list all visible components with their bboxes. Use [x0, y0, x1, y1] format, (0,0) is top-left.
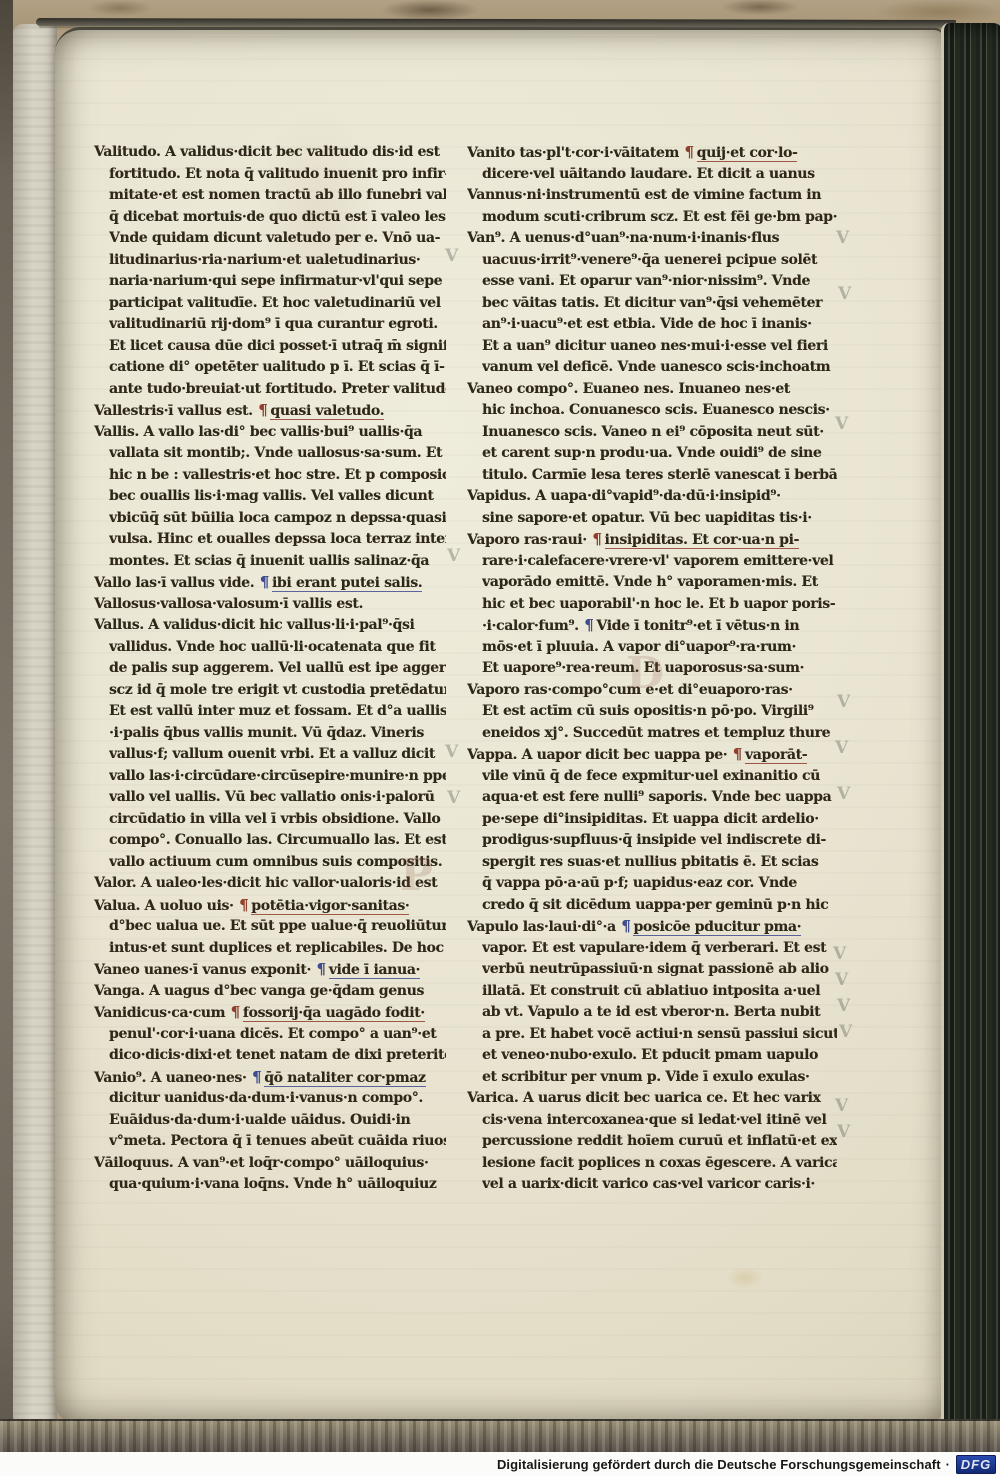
pilcrow-mark: ¶ [621, 917, 630, 935]
text-line: prodigus·supfluus·q̄ insipide vel indisc… [482, 830, 837, 852]
text-segment: prodigus·supfluus·q̄ insipide vel indisc… [482, 832, 826, 848]
text-line: bec vāitas tatis. Et dicitur van⁹·q̄si v… [482, 293, 837, 315]
text-line: mōs·et ī pluuia. A vapor di°uapor⁹·ra·ru… [482, 637, 837, 659]
text-segment: eneidos xj°. Succedūt matres et templuz … [482, 725, 830, 741]
text-segment: ·i·palis q̄bus vallis munit. Vū q̄daz. V… [109, 725, 424, 741]
text-line: Vanito tas·pl't·cor·i·vāitatem ¶quij·et … [467, 142, 837, 164]
text-line: Vappa. A uapor dicit bec uappa pe· ¶vapo… [467, 744, 837, 766]
text-segment: titulo. Carmīe lesa teres sterlē vanesca… [482, 467, 837, 483]
text-segment: Valua. A uoluo uis· [94, 898, 238, 914]
text-line: ab vt. Vapulo a te id est vberor·n. Bert… [482, 1002, 837, 1024]
text-segment: participat valitudīe. Et hoc valetudinar… [109, 295, 441, 311]
text-line: esse vani. Et oparur van⁹·nior·nissim⁹. … [482, 271, 837, 293]
text-line: vallo las·i·circūdare·circūsepire·munire… [109, 766, 446, 788]
text-segment: bec ouallis lis·i·mag vallis. Vel valles… [109, 488, 434, 504]
text-segment: vile vinū q̄ de fece expmitur·uel exinan… [482, 768, 820, 784]
text-segment: esse vani. Et oparur van⁹·nior·nissim⁹. … [482, 273, 810, 289]
text-line: hic inchoa. Conuanesco scis. Euanesco ne… [482, 400, 837, 422]
text-segment: vulsa. Hinc et oualles depssa loca terra… [109, 531, 446, 547]
text-segment: mitate·et est nomen tractū ab illo funeb… [109, 187, 446, 203]
text-segment: circūdatio in villa vel ī vrbis obsidion… [109, 811, 440, 827]
pilcrow-mark: ¶ [260, 573, 269, 591]
dfg-logo: DFG [956, 1455, 996, 1474]
text-segment: catione di° opetēter ualitudo p ī. Et sc… [109, 359, 445, 375]
text-line: ante tudo·breuiat·ut fortitudo. Preter v… [109, 379, 446, 401]
text-segment: hic et bec uaporabil'·n hoc le. Et b uap… [482, 596, 835, 612]
text-segment: vel a uarix·dicit varico cas·vel varicor… [482, 1176, 815, 1192]
text-segment: vapor. Et est vapulare·idem q̄ verberari… [482, 940, 826, 956]
text-line: vallidus. Vnde hoc uallū·li·ocatenata qu… [109, 637, 446, 659]
text-line: de palis sup aggerem. Vel uallū est ipe … [109, 658, 446, 680]
text-segment: de palis sup aggerem. Vel uallū est ipe … [109, 660, 446, 676]
text-line: Vallosus·vallosa·valosum·ī vallis est. [94, 594, 446, 616]
text-line: vel a uarix·dicit varico cas·vel varicor… [482, 1174, 837, 1196]
text-segment: spergit res suas·et nullius pbitatis ē. … [482, 854, 818, 870]
pilcrow-mark: ¶ [592, 530, 601, 548]
text-line: catione di° opetēter ualitudo p ī. Et sc… [109, 357, 446, 379]
text-line: Valitudo. A validus·dicit bec valitudo d… [94, 142, 446, 164]
text-line: litudinarius·ria·narium·et ualetudinariu… [109, 250, 446, 272]
text-line: vulsa. Hinc et oualles depssa loca terra… [109, 529, 446, 551]
text-segment: mōs·et ī pluuia. A vapor di°uapor⁹·ra·ru… [482, 639, 796, 655]
text-line: penul'·cor·i·uana dicēs. Et compo° a uan… [109, 1024, 446, 1046]
text-line: q̄ vappa pō·a·aū p·f; uapidus·eaz cor. V… [482, 873, 837, 895]
text-line: Vnde quidam dicunt valetudo per e. Vnō u… [109, 228, 446, 250]
text-segment: rare·i·calefacere·vrere·vl' vaporem emit… [482, 553, 833, 569]
text-column-left: Valitudo. A validus·dicit bec valitudo d… [94, 142, 446, 1196]
text-segment: Vaneo uanes·ī vanus exponit· [94, 962, 316, 978]
text-line: Vallus. A validus·dicit hic vallus·li·i·… [94, 615, 446, 637]
text-line: Valua. A uoluo uis· ¶potētia·vigor·sanit… [94, 895, 446, 917]
text-line: vile vinū q̄ de fece expmitur·uel exinan… [482, 766, 837, 788]
text-segment: Vnde quidam dicunt valetudo per e. Vnō u… [109, 230, 440, 246]
text-segment: credo q̄ sit dicēdum uappa·per geminū p·… [482, 897, 828, 913]
text-line: Et est actīm cū suis opositis·n pō·po. V… [482, 701, 837, 723]
text-line: montes. Et scias q̄ inuenit uallis salin… [109, 551, 446, 573]
pilcrow-mark: ¶ [584, 616, 593, 634]
text-line: dicitur uanidus·da·dum·i·vanus·n compo°. [109, 1088, 446, 1110]
text-line: rare·i·calefacere·vrere·vl' vaporem emit… [482, 551, 837, 573]
pilcrow-mark: ¶ [231, 1003, 240, 1021]
text-segment: hic n be : vallestris·et hoc stre. Et p … [109, 467, 446, 483]
text-line: Varica. A uarus dicit bec uarica ce. Et … [467, 1088, 837, 1110]
text-line: vaporādo emittē. Vnde h° vaporamen·mis. … [482, 572, 837, 594]
text-line: Vanga. A uagus d°bec vanga ge·q̄dam genu… [94, 981, 446, 1003]
text-line: dicere·vel uāitando laudare. Et dicit a … [482, 164, 837, 186]
text-line: Vapulo las·laui·di°·a ¶posicōe pducitur … [467, 916, 837, 938]
text-segment: Vaporo ras·compo°cum e·et di°euaporo·ras… [467, 682, 793, 698]
text-segment: intus·et sunt duplices et replicabiles. … [109, 940, 444, 956]
text-column-right: Vanito tas·pl't·cor·i·vāitatem ¶quij·et … [467, 142, 837, 1196]
text-segment: illatā. Et construit cū ablatiuo intposi… [482, 983, 820, 999]
text-segment: dicere·vel uāitando laudare. Et dicit a … [482, 166, 815, 182]
text-line: a pre. Et habet vocē actiui·n sensū pass… [482, 1024, 837, 1046]
text-line: circūdatio in villa vel ī vrbis obsidion… [109, 809, 446, 831]
text-segment: Et a uan⁹ dicitur uaneo nes·mui·i·esse v… [482, 338, 828, 354]
text-line: eneidos xj°. Succedūt matres et templuz … [482, 723, 837, 745]
text-line: vapor. Et est vapulare·idem q̄ verberari… [482, 938, 837, 960]
text-segment: Vaporo ras·raui· [467, 532, 591, 548]
text-segment: Vallis. A vallo las·di° bec vallis·bui⁹ … [94, 424, 422, 440]
text-segment: montes. Et scias q̄ inuenit uallis salin… [109, 553, 429, 569]
text-line: percussione reddit hoīem curuū et inflat… [482, 1131, 837, 1153]
text-line: uacuus·irrit⁹·venere⁹·q̄a uenerei pcipue… [482, 250, 837, 272]
text-line: et carent sup·n produ·ua. Vnde ouidi⁹ de… [482, 443, 837, 465]
text-segment: q̄ vappa pō·a·aū p·f; uapidus·eaz cor. V… [482, 875, 797, 891]
text-segment: vallus·f; vallum ouenit vrbi. Et a vallu… [109, 746, 435, 762]
text-line: Vaneo compo°. Euaneo nes. Inuaneo nes·et [467, 379, 837, 401]
text-segment: qua·quium·i·vana loq̄ns. Vnde h° uāiloqu… [109, 1176, 436, 1192]
text-line: Et est vallū inter muz et fossam. Et d°a… [109, 701, 446, 723]
text-segment: Vapulo las·laui·di°·a [467, 919, 620, 935]
text-segment: Et est actīm cū suis opositis·n pō·po. V… [482, 703, 814, 719]
text-segment: Vallus. A validus·dicit hic vallus·li·i·… [94, 617, 414, 633]
text-segment: litudinarius·ria·narium·et ualetudinariu… [109, 252, 420, 268]
text-line: q̄ dicebat mortuis·de quo dictū est ī va… [109, 207, 446, 229]
text-segment: ibi erant putei salis. [272, 575, 422, 592]
text-line: aqua·et est fere nulli⁹ saporis. Vnde be… [482, 787, 837, 809]
text-line: Van⁹. A uenus·d°uan⁹·na·num·i·inanis·flu… [467, 228, 837, 250]
text-segment: Et est vallū inter muz et fossam. Et d°a… [109, 703, 446, 719]
text-line: Valor. A ualeo·les·dicit hic vallor·ualo… [94, 873, 446, 895]
pilcrow-mark: ¶ [252, 1068, 261, 1086]
text-line: vallus·f; vallum ouenit vrbi. Et a vallu… [109, 744, 446, 766]
text-segment: vaporādo emittē. Vnde h° vaporamen·mis. … [482, 574, 818, 590]
text-segment: Vāiloquus. A van⁹·et loq̄r·compo° uāiloq… [94, 1155, 428, 1171]
text-segment: q̄ dicebat mortuis·de quo dictū est ī va… [109, 209, 446, 225]
text-segment: bec vāitas tatis. Et dicitur van⁹·q̄si v… [482, 295, 822, 311]
text-line: dico·dicis·dixi·et tenet natam de dixi p… [109, 1045, 446, 1067]
text-line: vanum vel deficē. Vnde uanesco scis·inch… [482, 357, 837, 379]
text-segment: sine sapore·et opatur. Vū bec uapiditas … [482, 510, 812, 526]
text-line: mitate·et est nomen tractū ab illo funeb… [109, 185, 446, 207]
text-line: hic et bec uaporabil'·n hoc le. Et b uap… [482, 594, 837, 616]
text-line: d°bec ualua ue. Et sūt ppe ualue·q̄ reuo… [109, 916, 446, 938]
text-line: an⁹·i·uacu⁹·et est etbia. Vide de hoc ī … [482, 314, 837, 336]
text-segment: v°meta. Pectora q̄ ī tenues abeūt cuāida… [109, 1133, 446, 1149]
text-line: Vaneo uanes·ī vanus exponit· ¶vide ī ian… [94, 959, 446, 981]
text-segment: a pre. Et habet vocē actiui·n sensū pass… [482, 1026, 837, 1042]
text-line: intus·et sunt duplices et replicabiles. … [109, 938, 446, 960]
text-segment: vallo vel uallis. Vū bec vallatio onis·i… [109, 789, 434, 805]
text-line: credo q̄ sit dicēdum uappa·per geminū p·… [482, 895, 837, 917]
text-line: Vāiloquus. A van⁹·et loq̄r·compo° uāiloq… [94, 1153, 446, 1175]
text-line: ·i·calor·fum⁹. ¶Vide ī tonitr⁹·et ī vētu… [482, 615, 837, 637]
binding-gutter [0, 0, 13, 1476]
text-segment: Vapidus. A uapa·di°vapid⁹·da·dū·i·insipi… [467, 488, 781, 504]
text-segment: Varica. A uarus dicit bec uarica ce. Et … [467, 1090, 821, 1106]
text-segment: dico·dicis·dixi·et tenet natam de dixi p… [109, 1047, 446, 1063]
text-line: illatā. Et construit cū ablatiuo intposi… [482, 981, 837, 1003]
text-line: ·i·palis q̄bus vallis munit. Vū q̄daz. V… [109, 723, 446, 745]
text-segment: dicitur uanidus·da·dum·i·vanus·n compo°. [109, 1090, 423, 1106]
text-line: Vannus·ni·instrumentū est de vimine fact… [467, 185, 837, 207]
text-line: compo°. Conuallo las. Circumuallo las. E… [109, 830, 446, 852]
text-segment: potētia·vigor·sanitas· [251, 898, 409, 915]
text-segment: compo°. Conuallo las. Circumuallo las. E… [109, 832, 446, 848]
caption-text: Digitalisierung gefördert durch die Deut… [497, 1457, 941, 1472]
text-line: valitudinariū rij·dom⁹ ī qua curantur eg… [109, 314, 446, 336]
text-line: et scribitur per vnum p. Vide ī exulo ex… [482, 1067, 837, 1089]
text-segment: lesione facit poplices n coxas ēgescere.… [482, 1155, 837, 1171]
manuscript-page: Valitudo. A validus·dicit bec valitudo d… [55, 27, 943, 1424]
text-line: modum scuti·cribrum scz. Et est fēi ge·b… [482, 207, 837, 229]
text-line: lesione facit poplices n coxas ēgescere.… [482, 1153, 837, 1175]
text-segment: insipiditas. Et cor·ua·n pi- [605, 532, 800, 549]
text-line: Et licet causa dūe dici posset·ī utraq̄ … [109, 336, 446, 358]
binding-bottom-edge [0, 1419, 1000, 1454]
text-segment: Valor. A ualeo·les·dicit hic vallor·ualo… [94, 875, 437, 891]
text-segment: an⁹·i·uacu⁹·et est etbia. Vide de hoc ī … [482, 316, 812, 332]
text-segment: scz id q̄ mole tre erigit vt custodia pr… [109, 682, 446, 698]
text-line: fortitudo. Et nota q̄ valitudo inuenit p… [109, 164, 446, 186]
text-line: spergit res suas·et nullius pbitatis ē. … [482, 852, 837, 874]
text-segment: ante tudo·breuiat·ut fortitudo. Preter v… [109, 381, 446, 397]
text-segment: Vanidicus·ca·cum [94, 1005, 230, 1021]
text-segment: q̄ō nataliter cor·pmaz [264, 1070, 425, 1087]
text-segment: Vallestris·ī vallus est. [94, 403, 257, 419]
text-segment: aqua·et est fere nulli⁹ saporis. Vnde be… [482, 789, 831, 805]
text-line: bec ouallis lis·i·mag vallis. Vel valles… [109, 486, 446, 508]
text-segment: ·i·calor·fum⁹. [482, 618, 583, 634]
text-line: verbū neutrūpassiuū·n signat passionē ab… [482, 959, 837, 981]
text-segment: fortitudo. Et nota q̄ valitudo inuenit p… [109, 166, 446, 182]
caption-separator: · [946, 1457, 950, 1472]
text-segment: vallata sit montib;. Vnde uallosus·sa·su… [109, 445, 442, 461]
text-line: scz id q̄ mole tre erigit vt custodia pr… [109, 680, 446, 702]
text-line: naria·narium·qui sepe infirmatur·vl'qui … [109, 271, 446, 293]
text-segment: vallo actiuum cum omnibus suis compositi… [109, 854, 442, 870]
text-segment: quasi valetudo. [270, 403, 384, 420]
text-line: hic n be : vallestris·et hoc stre. Et p … [109, 465, 446, 487]
text-segment: Vallo las·ī vallus vide. [94, 575, 259, 591]
text-segment: Inuanesco scis. Vaneo n ei⁹ cōposita neu… [482, 424, 824, 440]
pilcrow-mark: ¶ [317, 960, 326, 978]
text-segment: vallidus. Vnde hoc uallū·li·ocatenata qu… [109, 639, 436, 655]
text-line: et veneo·nubo·exulo. Et pducit pmam uapu… [482, 1045, 837, 1067]
text-segment: vbicūq̄ sūt būilia loca campoz n depssa·… [109, 510, 446, 526]
text-segment: modum scuti·cribrum scz. Et est fēi ge·b… [482, 209, 837, 225]
text-segment: uacuus·irrit⁹·venere⁹·q̄a uenerei pcipue… [482, 252, 817, 268]
text-line: Et a uan⁹ dicitur uaneo nes·mui·i·esse v… [482, 336, 837, 358]
text-segment: Valitudo. A validus·dicit bec valitudo d… [94, 144, 440, 160]
text-line: Vaporo ras·compo°cum e·et di°euaporo·ras… [467, 680, 837, 702]
text-segment: Et licet causa dūe dici posset·ī utraq̄ … [109, 338, 446, 354]
caption-bar: Digitalisierung gefördert durch die Deut… [0, 1452, 1000, 1476]
text-segment: percussione reddit hoīem curuū et inflat… [482, 1133, 837, 1149]
text-line: Vaporo ras·raui· ¶insipiditas. Et cor·ua… [467, 529, 837, 551]
text-line: v°meta. Pectora q̄ ī tenues abeūt cuāida… [109, 1131, 446, 1153]
text-segment: Et uapore⁹·rea·reum. Et uaporosus·sa·sum… [482, 660, 804, 676]
text-segment: et veneo·nubo·exulo. Et pducit pmam uapu… [482, 1047, 818, 1063]
text-segment: Vallosus·vallosa·valosum·ī vallis est. [94, 596, 363, 612]
text-segment: Vanito tas·pl't·cor·i·vāitatem [467, 145, 683, 161]
previous-page-edge [13, 24, 57, 1424]
text-line: sine sapore·et opatur. Vū bec uapiditas … [482, 508, 837, 530]
pilcrow-mark: ¶ [733, 745, 742, 763]
text-line: qua·quium·i·vana loq̄ns. Vnde h° uāiloqu… [109, 1174, 446, 1196]
text-line: Vallestris·ī vallus est. ¶quasi valetudo… [94, 400, 446, 422]
text-line: vallata sit montib;. Vnde uallosus·sa·su… [109, 443, 446, 465]
text-segment: Vide ī tonitr⁹·et ī vētus·n in [596, 618, 799, 634]
text-line: pe·sepe di°insipiditas. Et uappa dicit a… [482, 809, 837, 831]
fore-edge-band [941, 23, 1000, 1453]
text-line: Inuanesco scis. Vaneo n ei⁹ cōposita neu… [482, 422, 837, 444]
text-segment: vide ī ianua· [329, 962, 420, 979]
text-segment: et scribitur per vnum p. Vide ī exulo ex… [482, 1069, 810, 1085]
text-segment: pe·sepe di°insipiditas. Et uappa dicit a… [482, 811, 819, 827]
text-line: Vanio⁹. A uaneo·nes· ¶q̄ō nataliter cor·… [94, 1067, 446, 1089]
text-segment: Van⁹. A uenus·d°uan⁹·na·num·i·inanis·flu… [467, 230, 779, 246]
text-segment: fossorij·q̄a uagādo fodit· [243, 1005, 425, 1022]
text-segment: vanum vel deficē. Vnde uanesco scis·inch… [482, 359, 830, 375]
text-segment: et carent sup·n produ·ua. Vnde ouidi⁹ de… [482, 445, 821, 461]
text-segment: vaporāt- [745, 747, 807, 764]
text-line: titulo. Carmīe lesa teres sterlē vanesca… [482, 465, 837, 487]
text-segment: verbū neutrūpassiuū·n signat passionē ab… [482, 961, 829, 977]
text-line: Et uapore⁹·rea·reum. Et uaporosus·sa·sum… [482, 658, 837, 680]
text-segment: Vappa. A uapor dicit bec uappa pe· [467, 747, 732, 763]
text-segment: hic inchoa. Conuanesco scis. Euanesco ne… [482, 402, 830, 418]
text-segment: vallo las·i·circūdare·circūsepire·munire… [109, 768, 446, 784]
text-line: participat valitudīe. Et hoc valetudinar… [109, 293, 446, 315]
pilcrow-mark: ¶ [684, 143, 693, 161]
text-segment: ab vt. Vapulo a te id est vberor·n. Bert… [482, 1004, 820, 1020]
text-segment: penul'·cor·i·uana dicēs. Et compo° a uan… [109, 1026, 436, 1042]
text-segment: quij·et cor·lo- [697, 145, 798, 162]
text-line: vbicūq̄ sūt būilia loca campoz n depssa·… [109, 508, 446, 530]
text-segment: Euāidus·da·dum·i·ualde uāidus. Ouidi·in [109, 1112, 410, 1128]
text-segment: Vaneo compo°. Euaneo nes. Inuaneo nes·et [467, 381, 790, 397]
text-line: Vanidicus·ca·cum ¶fossorij·q̄a uagādo fo… [94, 1002, 446, 1024]
text-segment: d°bec ualua ue. Et sūt ppe ualue·q̄ reuo… [109, 918, 446, 934]
text-line: vallo vel uallis. Vū bec vallatio onis·i… [109, 787, 446, 809]
text-line: cis·vena intercoxanea·que si ledat·vel i… [482, 1110, 837, 1132]
text-segment: Vannus·ni·instrumentū est de vimine fact… [467, 187, 821, 203]
text-segment: naria·narium·qui sepe infirmatur·vl'qui … [109, 273, 442, 289]
text-line: Vallo las·ī vallus vide. ¶ibi erant pute… [94, 572, 446, 594]
book-scan: Valitudo. A validus·dicit bec valitudo d… [0, 0, 1000, 1476]
text-line: vallo actiuum cum omnibus suis compositi… [109, 852, 446, 874]
text-segment: cis·vena intercoxanea·que si ledat·vel i… [482, 1112, 826, 1128]
text-line: Vallis. A vallo las·di° bec vallis·bui⁹ … [94, 422, 446, 444]
text-segment: Vanio⁹. A uaneo·nes· [94, 1070, 251, 1086]
pilcrow-mark: ¶ [258, 401, 267, 419]
text-segment: valitudinariū rij·dom⁹ ī qua curantur eg… [109, 316, 438, 332]
text-segment: Vanga. A uagus d°bec vanga ge·q̄dam genu… [94, 983, 424, 999]
text-line: Vapidus. A uapa·di°vapid⁹·da·dū·i·insipi… [467, 486, 837, 508]
text-line: Euāidus·da·dum·i·ualde uāidus. Ouidi·in [109, 1110, 446, 1132]
pilcrow-mark: ¶ [239, 896, 248, 914]
text-segment: posicōe pducitur pma· [633, 919, 801, 936]
